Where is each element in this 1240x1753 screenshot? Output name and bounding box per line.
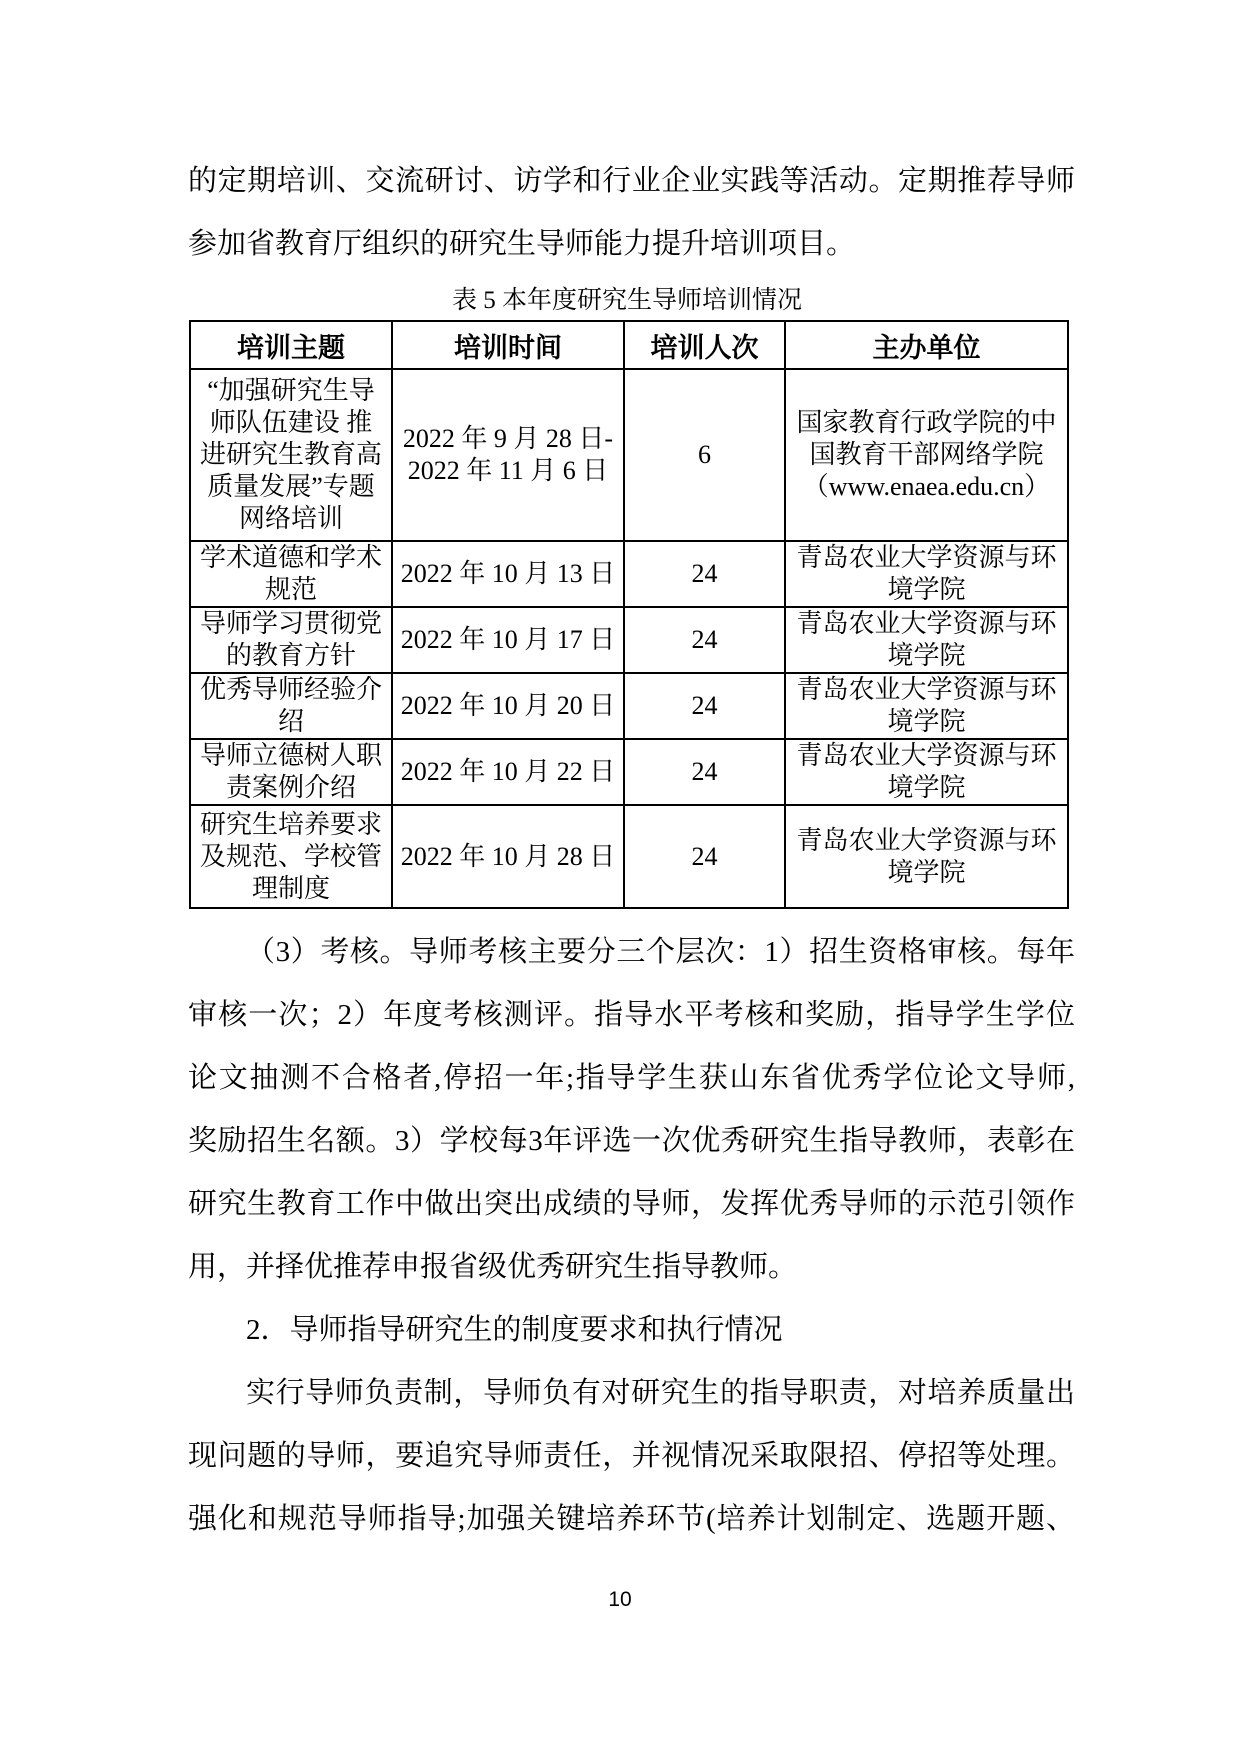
table-row: “加强研究生导 师队伍建设 推 进研究生教育高 质量发展”专题 网络培训 202…: [190, 369, 1068, 541]
responsibility-paragraph: 实行导师负责制，导师负有对研究生的指导职责，对培养质量出 现问题的导师，要追究导…: [188, 1362, 1075, 1551]
cell-organizer: 青岛农业大学资源与环 境学院: [785, 673, 1068, 739]
cell-theme: 优秀导师经验介 绍: [190, 673, 392, 739]
text-line: 现问题的导师，要追究导师责任，并视情况采取限招、停招等处理。: [188, 1425, 1075, 1488]
cell-theme: “加强研究生导 师队伍建设 推 进研究生教育高 质量发展”专题 网络培训: [190, 369, 392, 541]
cell-count: 24: [624, 541, 785, 607]
table-row: 导师学习贯彻党 的教育方针 2022 年 10 月 17 日 24 青岛农业大学…: [190, 607, 1068, 673]
text-line: 强化和规范导师指导;加强关键培养环节(培养计划制定、选题开题、: [188, 1488, 1075, 1551]
cell-count: 24: [624, 805, 785, 908]
cell-organizer: 青岛农业大学资源与环 境学院: [785, 739, 1068, 805]
text-line: 奖励招生名额。3）学校每3年评选一次优秀研究生指导教师，表彰在: [188, 1110, 1075, 1173]
cell-time: 2022 年 10 月 20 日: [392, 673, 624, 739]
cell-theme: 学术道德和学术 规范: [190, 541, 392, 607]
text-line: 论文抽测不合格者,停招一年;指导学生获山东省优秀学位论文导师,: [188, 1047, 1075, 1110]
cell-time: 2022 年 10 月 13 日: [392, 541, 624, 607]
table-header-row: 培训主题 培训时间 培训人次 主办单位: [190, 321, 1068, 369]
cell-time: 2022 年 10 月 22 日: [392, 739, 624, 805]
cell-time: 2022 年 9 月 28 日- 2022 年 11 月 6 日: [392, 369, 624, 541]
cell-count: 24: [624, 673, 785, 739]
cell-organizer: 青岛农业大学资源与环 境学院: [785, 805, 1068, 908]
cell-time: 2022 年 10 月 17 日: [392, 607, 624, 673]
table-row: 研究生培养要求 及规范、学校管 理制度 2022 年 10 月 28 日 24 …: [190, 805, 1068, 908]
section-heading: 2．导师指导研究生的制度要求和执行情况: [188, 1299, 1075, 1362]
text-line: （3）考核。导师考核主要分三个层次：1）招生资格审核。每年: [188, 921, 1075, 984]
table-row: 导师立德树人职 责案例介绍 2022 年 10 月 22 日 24 青岛农业大学…: [190, 739, 1068, 805]
column-header-count: 培训人次: [624, 321, 785, 369]
text-line: 的定期培训、交流研讨、访学和行业企业实践等活动。定期推荐导师: [188, 150, 1075, 213]
cell-count: 6: [624, 369, 785, 541]
column-header-time: 培训时间: [392, 321, 624, 369]
cell-organizer: 国家教育行政学院的中 国教育干部网络学院 （www.enaea.edu.cn）: [785, 369, 1068, 541]
page-content: 的定期培训、交流研讨、访学和行业企业实践等活动。定期推荐导师 参加省教育厅组织的…: [188, 150, 1075, 1551]
cell-organizer: 青岛农业大学资源与环 境学院: [785, 541, 1068, 607]
cell-organizer: 青岛农业大学资源与环 境学院: [785, 607, 1068, 673]
cell-time: 2022 年 10 月 28 日: [392, 805, 624, 908]
cell-theme: 导师立德树人职 责案例介绍: [190, 739, 392, 805]
column-header-organizer: 主办单位: [785, 321, 1068, 369]
training-table: 培训主题 培训时间 培训人次 主办单位 “加强研究生导 师队伍建设 推 进研究生…: [189, 320, 1069, 909]
table-caption: 表 5 本年度研究生导师培训情况: [188, 286, 1066, 316]
column-header-theme: 培训主题: [190, 321, 392, 369]
table-row: 学术道德和学术 规范 2022 年 10 月 13 日 24 青岛农业大学资源与…: [190, 541, 1068, 607]
intro-paragraph: 的定期培训、交流研讨、访学和行业企业实践等活动。定期推荐导师 参加省教育厅组织的…: [188, 150, 1075, 276]
document-page: 的定期培训、交流研讨、访学和行业企业实践等活动。定期推荐导师 参加省教育厅组织的…: [0, 0, 1240, 1753]
text-line: 用，并择优推荐申报省级优秀研究生指导教师。: [188, 1236, 1075, 1299]
cell-count: 24: [624, 739, 785, 805]
table-row: 优秀导师经验介 绍 2022 年 10 月 20 日 24 青岛农业大学资源与环…: [190, 673, 1068, 739]
text-line: 审核一次；2）年度考核测评。指导水平考核和奖励，指导学生学位: [188, 984, 1075, 1047]
assessment-paragraph: （3）考核。导师考核主要分三个层次：1）招生资格审核。每年 审核一次；2）年度考…: [188, 921, 1075, 1299]
cell-theme: 导师学习贯彻党 的教育方针: [190, 607, 392, 673]
cell-count: 24: [624, 607, 785, 673]
text-line: 研究生教育工作中做出突出成绩的导师，发挥优秀导师的示范引领作: [188, 1173, 1075, 1236]
text-line: 参加省教育厅组织的研究生导师能力提升培训项目。: [188, 213, 1075, 276]
text-line: 实行导师负责制，导师负有对研究生的指导职责，对培养质量出: [188, 1362, 1075, 1425]
page-number: 10: [0, 1585, 1240, 1615]
cell-theme: 研究生培养要求 及规范、学校管 理制度: [190, 805, 392, 908]
